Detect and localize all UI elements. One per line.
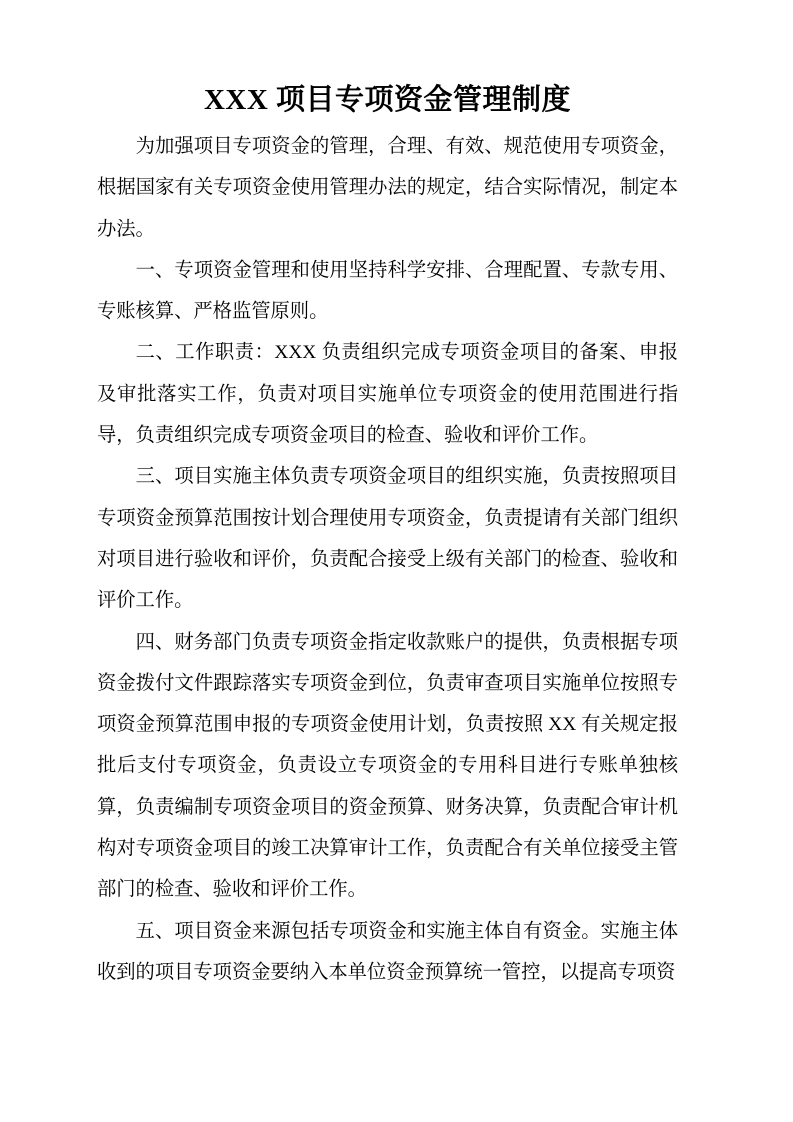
document-content: XXX 项目专项资金管理制度 为加强项目专项资金的管理，合理、有效、规范使用专项…	[97, 82, 678, 993]
paragraph-item-3: 三、项目实施主体负责专项资金项目的组织实施，负责按照项目专项资金预算范围按计划合…	[97, 456, 678, 621]
paragraph-intro: 为加强项目专项资金的管理，合理、有效、规范使用专项资金，根据国家有关专项资金使用…	[97, 126, 678, 250]
paragraph-item-5: 五、项目资金来源包括专项资金和实施主体自有资金。实施主体收到的项目专项资金要纳入…	[97, 911, 678, 994]
document-title: XXX 项目专项资金管理制度	[97, 82, 678, 118]
paragraph-item-4: 四、财务部门负责专项资金指定收款账户的提供，负责根据专项资金拨付文件跟踪落实专项…	[97, 622, 678, 911]
document-page: XXX 项目专项资金管理制度 为加强项目专项资金的管理，合理、有效、规范使用专项…	[0, 0, 793, 1122]
paragraph-item-2: 二、工作职责：XXX 负责组织完成专项资金项目的备案、申报及审批落实工作，负责对…	[97, 332, 678, 456]
paragraph-item-1: 一、专项资金管理和使用坚持科学安排、合理配置、专款专用、专账核算、严格监管原则。	[97, 250, 678, 333]
